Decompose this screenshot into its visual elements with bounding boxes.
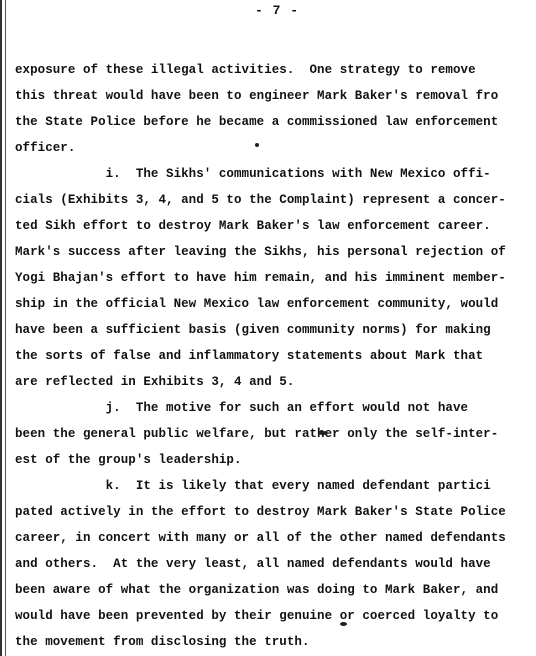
- text-line: i. The Sikhs' communications with New Me…: [15, 167, 491, 181]
- text-line: pated actively in the effort to destroy …: [15, 505, 506, 519]
- text-line: and others. At the very least, all named…: [15, 557, 491, 571]
- scan-speck: [318, 431, 328, 435]
- page-number: - 7 -: [0, 3, 536, 18]
- text-line: career, in concert with many or all of t…: [15, 531, 506, 545]
- text-line: the sorts of false and inflammatory stat…: [15, 349, 483, 363]
- text-line: exposure of these illegal activities. On…: [15, 63, 476, 77]
- text-line: cials (Exhibits 3, 4, and 5 to the Compl…: [15, 193, 506, 207]
- text-line: j. The motive for such an effort would n…: [15, 401, 468, 415]
- text-line: Mark's success after leaving the Sikhs, …: [15, 245, 506, 259]
- text-line: are reflected in Exhibits 3, 4 and 5.: [15, 375, 294, 389]
- text-line: would have been prevented by their genui…: [15, 609, 498, 623]
- text-line: been the general public welfare, but rat…: [15, 427, 498, 441]
- text-line: the movement from disclosing the truth.: [15, 635, 310, 649]
- text-line: this threat would have been to engineer …: [15, 89, 498, 103]
- text-line: officer.: [15, 141, 75, 155]
- scan-speck: [340, 622, 347, 626]
- text-line: k. It is likely that every named defenda…: [15, 479, 491, 493]
- left-margin-rule-outer: [0, 0, 2, 656]
- text-line: Yogi Bhajan's effort to have him remain,…: [15, 271, 506, 285]
- text-line: been aware of what the organization was …: [15, 583, 498, 597]
- scan-speck: [255, 143, 259, 147]
- text-line: ted Sikh effort to destroy Mark Baker's …: [15, 219, 491, 233]
- text-line: have been a sufficient basis (given comm…: [15, 323, 491, 337]
- left-margin-rule-inner: [5, 0, 6, 656]
- text-line: the State Police before he became a comm…: [15, 115, 498, 129]
- text-line: est of the group's leadership.: [15, 453, 242, 467]
- text-line: ship in the official New Mexico law enfo…: [15, 297, 498, 311]
